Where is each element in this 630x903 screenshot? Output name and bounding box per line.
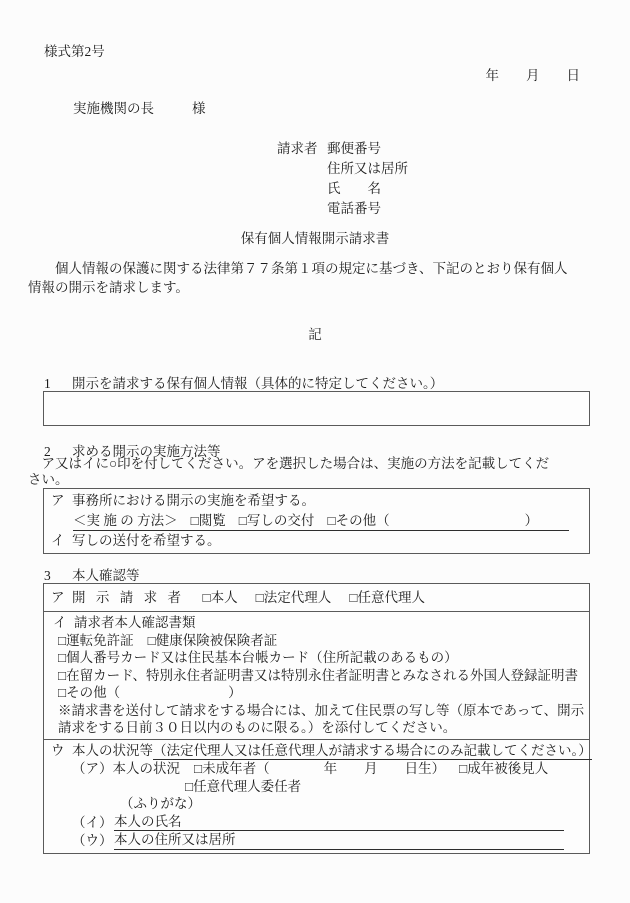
requester-name-label: 氏 名	[277, 179, 408, 199]
checkbox-inspection[interactable]: □閲覧	[191, 513, 226, 528]
intro-line-2: 情報の開示を請求します。	[28, 278, 590, 297]
method-label: ＜実 施 の 方法＞	[73, 513, 178, 528]
requester-address-label: 住所又は居所	[277, 159, 408, 179]
requester-type-label: 開 示 請 求 者	[72, 590, 185, 605]
row-a-label: ア	[51, 584, 72, 611]
checkbox-drivers-license[interactable]: □運転免許証	[58, 633, 134, 648]
table2-method-line: ＜実 施 の 方法＞□閲覧□写しの交付□その他（ ）	[44, 511, 589, 532]
form-number: 様式第2号	[44, 40, 105, 60]
requester-block: 請求者郵便番号 住所又は居所 氏 名 電話番号	[277, 139, 408, 219]
mailing-note-line-1: ※請求書を送付して請求をする場合には、加えて住民票の写し等（原本であって、開示	[44, 702, 589, 720]
date-fill-in-line[interactable]: 年 月 日	[440, 64, 580, 84]
principal-address-fill-line[interactable]: 本人の住所又は居所	[114, 831, 564, 850]
disclosure-method-table: ア事務所における開示の実施を希望する。 ＜実 施 の 方法＞□閲覧□写しの交付□…	[43, 488, 590, 554]
table3-row-u: ウ本人の状況等（法定代理人又は任意代理人が請求する場合にのみ記載してください。）…	[44, 739, 589, 853]
intro-paragraph: 個人情報の保護に関する法律第７７条第１項の規定に基づき、下記のとおり保有個人 情…	[28, 259, 590, 297]
principal-name-label: 本人の氏名	[114, 814, 182, 829]
checkbox-adult-ward[interactable]: □成年被後見人	[459, 761, 548, 776]
section3-heading-text: 本人確認等	[72, 568, 140, 583]
row-a-label: ア	[51, 491, 72, 511]
checkbox-minor[interactable]: □未成年者（ 年 月 日生）	[194, 761, 445, 776]
checkbox-other-document[interactable]: □その他（ ）	[44, 684, 589, 702]
checkbox-voluntary-agent-delegator[interactable]: □任意代理人委任者	[44, 778, 589, 796]
recipient-name: 実施機関の長	[73, 101, 154, 116]
personal-info-input-box[interactable]	[43, 391, 590, 426]
row-i-label: イ	[53, 614, 74, 632]
principal-name-fill-line[interactable]: 本人の氏名	[114, 813, 564, 832]
checkbox-mynumber-card[interactable]: □個人番号カード又は住民基本台帳カード（住所記載のあるもの）	[44, 649, 589, 667]
checkbox-method-other[interactable]: □その他（ ）	[327, 513, 538, 528]
checkbox-voluntary-representative[interactable]: □任意代理人	[349, 590, 425, 605]
checkbox-health-insurance[interactable]: □健康保険被保険者証	[148, 633, 278, 648]
recipient-honorific: 様	[192, 101, 206, 116]
checkbox-legal-representative[interactable]: □法定代理人	[256, 590, 332, 605]
row-u-label: ウ	[51, 742, 72, 760]
item-a-title: 本人の状況	[113, 761, 181, 776]
table3-row-a: ア開 示 請 求 者□本人□法定代理人□任意代理人	[44, 584, 589, 611]
section1-heading-text: 開示を請求する保有個人情報（具体的に特定してください。）	[72, 376, 443, 391]
row-a-text: 事務所における開示の実施を希望する。	[72, 493, 315, 508]
section2-note-line-2: さい。	[28, 472, 590, 488]
recipient-line: 実施機関の長様	[73, 97, 206, 117]
principal-address-label: 本人の住所又は居所	[114, 832, 236, 847]
requester-phone-label: 電話番号	[277, 199, 408, 219]
identity-documents-title: 請求者本人確認書類	[74, 615, 196, 630]
table2-row-a: ア事務所における開示の実施を希望する。	[44, 491, 589, 511]
mailing-note-line-2: 請求をする日前３０日以内のものに限る。）を添付してください。	[44, 719, 589, 737]
section1-number: 1	[44, 376, 72, 392]
document-title: 保有個人情報開示請求書	[0, 227, 630, 247]
principal-status-note: （法定代理人又は任意代理人が請求する場合にのみ記載してください。）	[153, 742, 592, 761]
checkbox-self[interactable]: □本人	[203, 590, 238, 605]
section3-heading: 3本人確認等	[44, 564, 140, 584]
table2-row-i: イ写しの送付を希望する。	[44, 531, 589, 551]
checkbox-copy-delivery[interactable]: □写しの交付	[239, 513, 315, 528]
item-u-label: （ウ）	[72, 832, 114, 850]
section3-number: 3	[44, 568, 72, 584]
method-fill-line[interactable]: ＜実 施 の 方法＞□閲覧□写しの交付□その他（ ）	[73, 511, 569, 532]
identity-confirmation-table: ア開 示 請 求 者□本人□法定代理人□任意代理人 イ請求者本人確認書類 □運転…	[43, 583, 590, 854]
section1-heading: 1開示を請求する保有個人情報（具体的に特定してください。）	[44, 372, 443, 392]
section2-note-line-1: ア又はイに○印を付してください。アを選択した場合は、実施の方法を記載してくだ	[28, 456, 590, 472]
record-mark: 記	[0, 323, 630, 343]
checkbox-residence-card[interactable]: □在留カード、特別永住者証明書又は特別永住者証明書とみなされる外国人登録証明書	[44, 667, 589, 685]
requester-label: 請求者	[277, 139, 327, 159]
row-i-label: イ	[51, 531, 72, 551]
document-page: 様式第2号 年 月 日 実施機関の長様 請求者郵便番号 住所又は居所 氏 名 電…	[0, 0, 630, 903]
section2-note: ア又はイに○印を付してください。アを選択した場合は、実施の方法を記載してくだ さ…	[28, 456, 590, 488]
row-i-text: 写しの送付を希望する。	[72, 533, 221, 548]
item-i-label: （イ）	[72, 814, 114, 832]
principal-status-title: 本人の状況等	[72, 743, 153, 758]
table3-row-i: イ請求者本人確認書類 □運転免許証□健康保険被保険者証 □個人番号カード又は住民…	[44, 611, 589, 739]
requester-postal-label: 郵便番号	[327, 141, 381, 156]
intro-line-1: 個人情報の保護に関する法律第７７条第１項の規定に基づき、下記のとおり保有個人	[28, 259, 590, 278]
item-a-label: （ア）	[72, 761, 113, 776]
furigana-label: （ふりがな）	[44, 795, 589, 813]
